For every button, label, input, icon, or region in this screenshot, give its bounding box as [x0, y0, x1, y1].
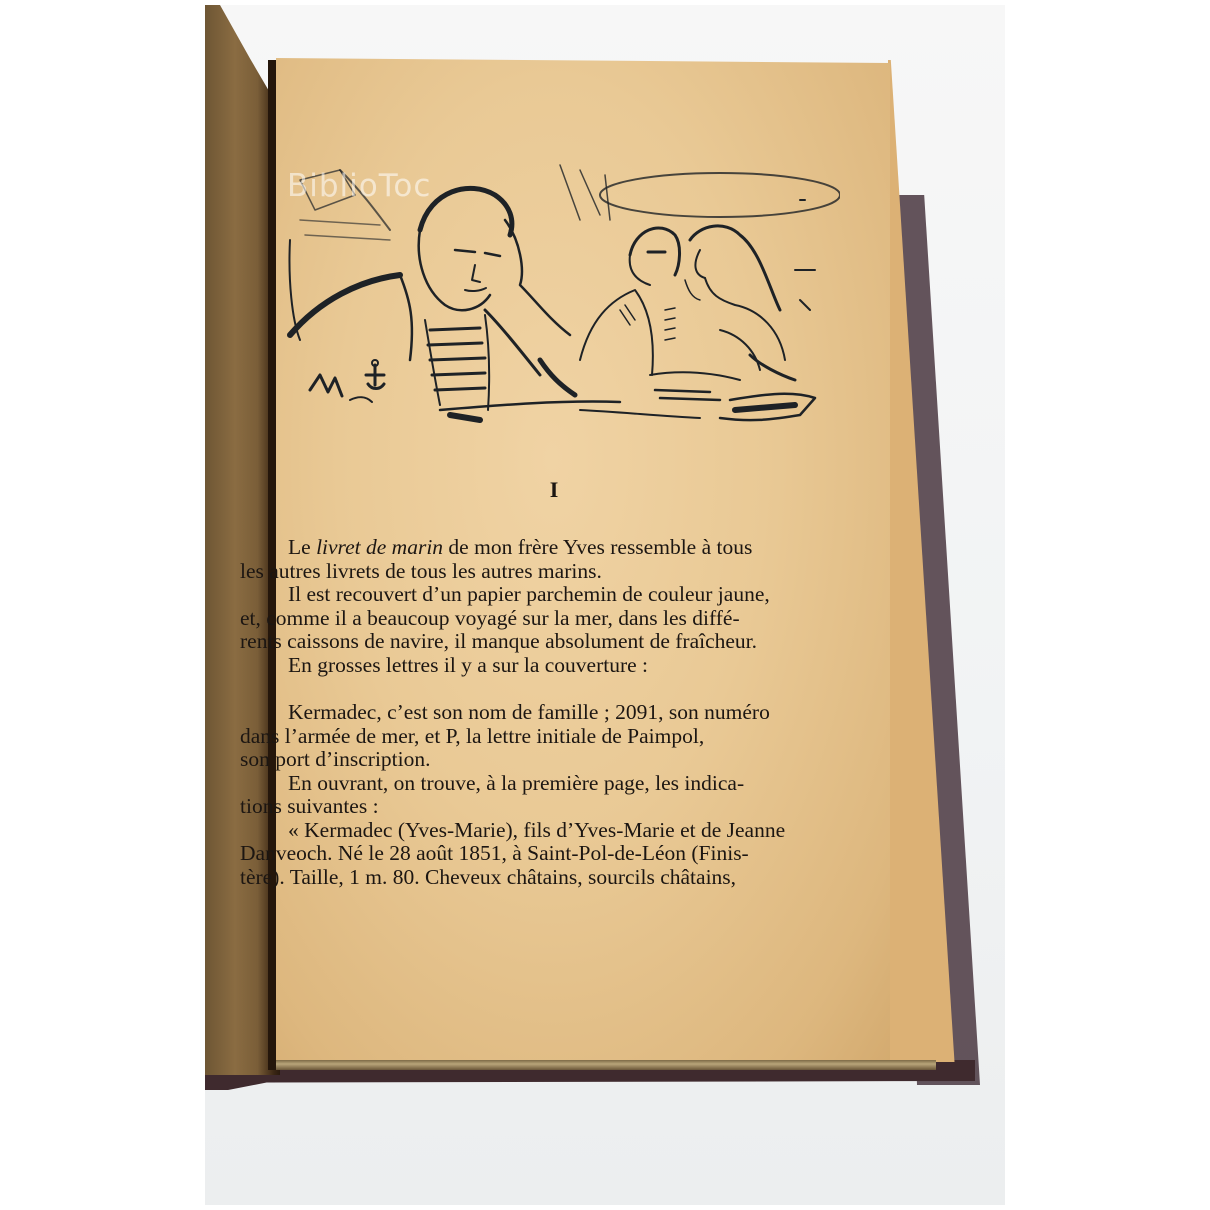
paragraph-5-line-2: tions suivantes : — [240, 795, 860, 819]
paragraph-6-line-1: « Kermadec (Yves-Marie), fils d’Yves-Mar… — [240, 819, 860, 843]
paragraph-6-line-3: tère). Taille, 1 m. 80. Cheveux châtains… — [240, 866, 860, 890]
paragraph-5-line-1: En ouvrant, on trouve, à la première pag… — [240, 772, 860, 796]
italic-title: livret de marin — [316, 535, 443, 559]
page-bottom-edge — [276, 1060, 936, 1070]
page-text: I Le livret de marin de mon frère Yves r… — [240, 478, 860, 889]
watermark: BiblioToc — [287, 168, 431, 204]
paragraph-1-line-1: Le livret de marin de mon frère Yves res… — [240, 536, 860, 560]
paragraph-2-line-2: et, comme il a beaucoup voyagé sur la me… — [240, 607, 860, 631]
paragraph-2-line-1: Il est recouvert d’un papier parchemin d… — [240, 583, 860, 607]
paragraph-4-line-3: son port d’inscription. — [240, 748, 860, 772]
paragraph-4-line-1: Kermadec, c’est son nom de famille ; 209… — [240, 701, 860, 725]
paragraph-3-line-1: En grosses lettres il y a sur la couvert… — [240, 654, 860, 678]
paragraph-4-line-2: dans l’armée de mer, et P, la lettre ini… — [240, 725, 860, 749]
paragraph-2-line-3: rents caissons de navire, il manque abso… — [240, 630, 860, 654]
chapter-number: I — [248, 478, 860, 536]
paragraph-6-line-2: Danveoch. Né le 28 août 1851, à Saint-Po… — [240, 842, 860, 866]
paragraph-1-line-2: les autres livrets de tous les autres ma… — [240, 560, 860, 584]
